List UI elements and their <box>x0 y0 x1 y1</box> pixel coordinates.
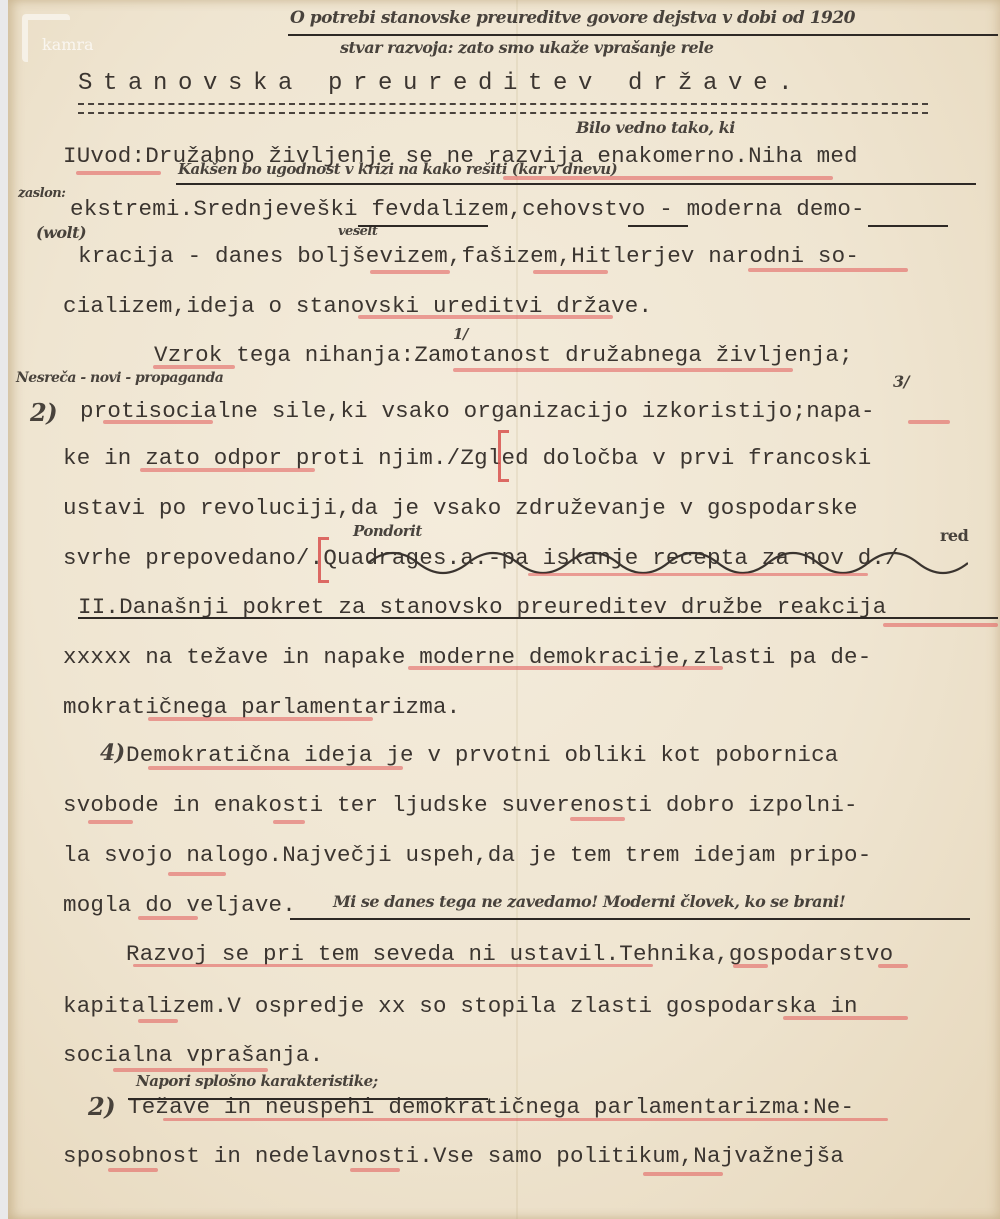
text-line-21: sposobnost in nedelavnosti.Vse samo poli… <box>63 1143 844 1169</box>
pen-underline <box>290 918 970 920</box>
pen-underline <box>358 225 488 227</box>
handwritten-note-wolt: (wolt) <box>36 223 86 242</box>
red-underline <box>528 573 868 576</box>
pen-underline <box>288 34 998 36</box>
handwritten-note-top-1: O potrebi stanovske preureditve govore d… <box>290 8 855 28</box>
handwritten-note-above-quadrages: Pondorit <box>353 522 422 540</box>
handwritten-note-red: red <box>940 526 968 545</box>
item-number-4: 4) <box>100 740 125 766</box>
handwritten-note-below-fevdalizem: veselt <box>338 224 377 239</box>
pen-underline <box>176 183 976 185</box>
red-underline <box>370 270 450 274</box>
handwritten-margin-note-1: zaslon: <box>18 186 65 201</box>
document-title: Stanovska preureditev države. <box>78 70 803 97</box>
text-line-8: ustavi po revoluciji,da je vsako združev… <box>63 495 858 521</box>
item-number-3: 3/ <box>893 372 909 391</box>
pen-underline <box>628 225 688 227</box>
red-underline <box>140 468 315 472</box>
red-underline <box>88 820 133 824</box>
text-line-2: ekstremi.Srednjeveški fevdalizem,cehovst… <box>70 196 865 222</box>
red-underline <box>748 268 908 272</box>
red-underline <box>533 270 608 274</box>
red-underline <box>643 1172 723 1176</box>
red-underline <box>138 916 198 920</box>
red-underline <box>163 1118 888 1121</box>
red-underline <box>783 1016 908 1020</box>
handwritten-note-above-uvod: Bilo vedno tako, ki <box>576 118 735 137</box>
text-line-18: kapitalizem.V ospredje xx so stopila zla… <box>63 993 858 1019</box>
red-underline <box>108 1168 158 1172</box>
handwritten-margin-note-2: Nesreča - novi - propaganda <box>16 370 223 386</box>
title-double-underline <box>78 103 928 114</box>
handwritten-marker-1: 1/ <box>453 325 468 343</box>
handwritten-note-top-2: stvar razvoja: zato smo ukaže vprašanje … <box>340 38 713 57</box>
text-line-3: kracija - danes boljševizem,fašizem,Hitl… <box>78 243 859 269</box>
red-bracket <box>498 430 509 482</box>
watermark-text: kamra <box>42 35 94 54</box>
pen-strikethrough <box>128 1098 488 1100</box>
handwritten-note-above-tezave: Napori splošno karakteristike; <box>136 1072 378 1090</box>
red-underline <box>76 171 161 175</box>
red-underline <box>148 717 373 721</box>
text-line-5: Vzrok tega nihanja:Zamotanost družabnega… <box>154 342 853 368</box>
red-underline <box>103 420 213 424</box>
item-number-2b: 2) <box>88 1092 115 1121</box>
text-line-14: svobode in enakosti ter ljudske suvereno… <box>63 792 858 818</box>
text-line-16: mogla do veljave. <box>63 892 296 918</box>
text-line-13: Demokratična ideja je v prvotni obliki k… <box>126 742 839 768</box>
pen-underline <box>78 617 998 619</box>
handwritten-note-after-veljave: Mi se danes tega ne zavedamo! Moderni čl… <box>333 892 845 911</box>
red-underline <box>273 820 305 824</box>
red-underline <box>350 1168 400 1172</box>
red-underline <box>908 420 950 424</box>
red-underline <box>408 666 723 670</box>
red-underline <box>358 315 613 319</box>
document-page: kamra O potrebi stanovske preureditve go… <box>8 0 1000 1219</box>
pen-underline <box>868 225 948 227</box>
red-underline <box>570 817 625 821</box>
text-line-15: la svojo nalogo.Največji uspeh,da je tem… <box>63 842 871 868</box>
red-underline <box>733 964 768 968</box>
red-underline <box>453 368 793 372</box>
red-underline <box>168 872 226 876</box>
red-underline <box>883 623 998 627</box>
handwritten-note-between-lines: Kakšen bo ugodnost v krizi na kako rešit… <box>178 160 617 178</box>
red-underline <box>133 964 653 967</box>
red-bracket <box>318 537 329 583</box>
item-number-2: 2) <box>30 398 57 427</box>
red-underline <box>878 964 908 968</box>
red-underline <box>148 766 403 770</box>
red-underline <box>153 365 235 369</box>
text-line-19: socialna vprašanja. <box>63 1042 323 1068</box>
red-underline <box>138 1019 178 1023</box>
